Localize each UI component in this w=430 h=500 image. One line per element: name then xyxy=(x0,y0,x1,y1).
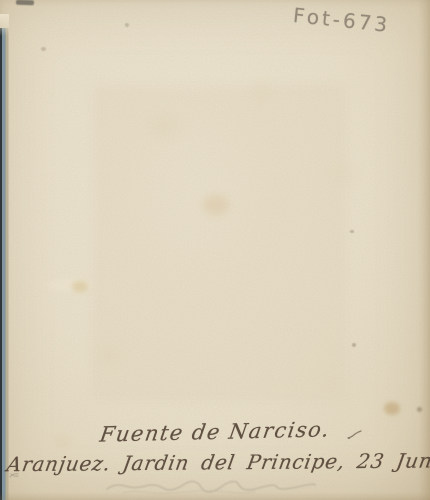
foxing-spot xyxy=(72,281,88,292)
pencil-mark xyxy=(8,470,20,480)
handwritten-title: Fuente de Narciso. xyxy=(0,415,430,449)
ink-flick-mark xyxy=(346,427,364,441)
faint-pencil-inscription xyxy=(103,477,341,497)
ink-speck xyxy=(125,23,129,27)
edge-smudge-mark xyxy=(16,0,34,5)
catalog-number: Fot-673 xyxy=(292,3,391,37)
paper-mottling xyxy=(95,345,123,365)
foxing-spot xyxy=(384,402,400,415)
paper-mottling xyxy=(330,165,356,183)
handwritten-location-date: Aranjuez. Jardin del Principe, 23 Junio … xyxy=(0,448,430,477)
photo-verso-scan: Fot-673 Fuente de Narciso. Aranjuez. Jar… xyxy=(0,0,430,500)
title-text: Fuente de Narciso. xyxy=(98,417,332,446)
paper-mottling xyxy=(250,85,274,103)
ink-speck xyxy=(352,343,356,347)
mounted-photo-showthrough xyxy=(93,85,345,400)
location-date-text: Aranjuez. Jardin del Principe, 23 Junio … xyxy=(5,448,430,476)
foxing-spot xyxy=(203,195,229,215)
paper-mottling xyxy=(150,115,180,137)
ink-speck xyxy=(350,230,354,233)
ink-speck xyxy=(41,47,46,51)
